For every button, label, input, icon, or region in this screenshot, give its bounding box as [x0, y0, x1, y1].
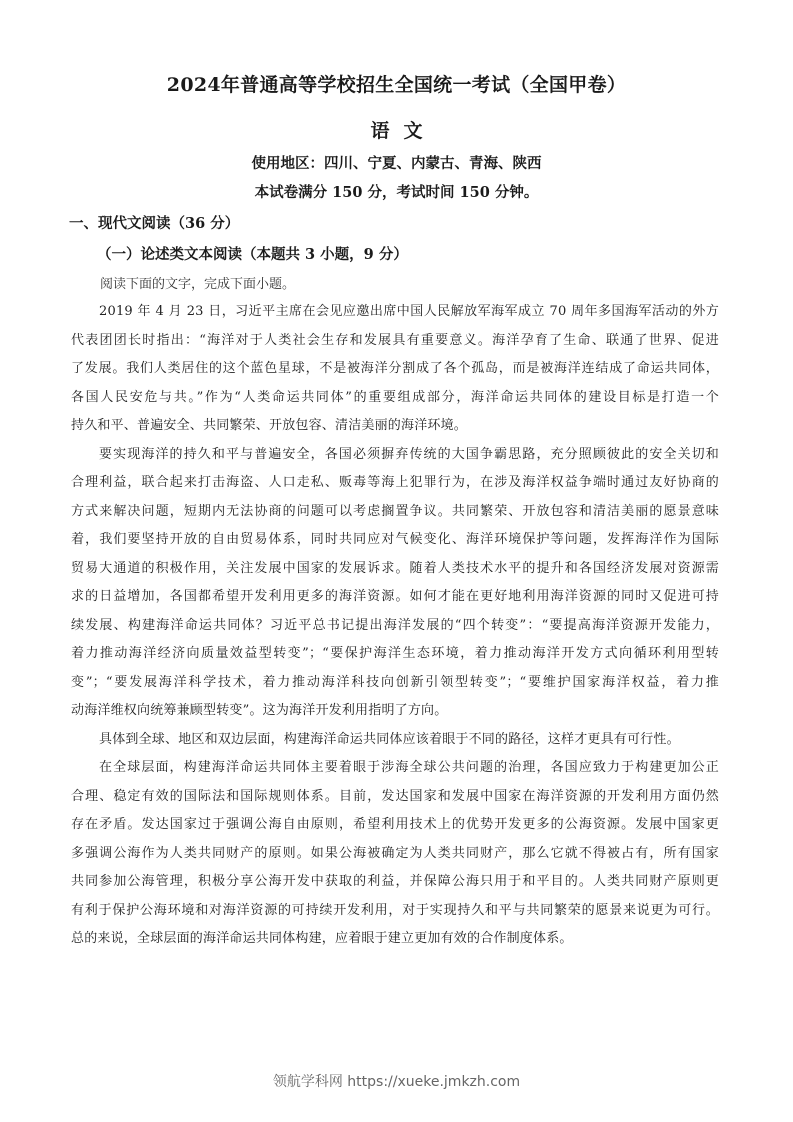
passage-line: 着力推动海洋经济向质量效益型转变”；“要保护海洋生态环境，着力推动海洋开发方式向…: [71, 646, 719, 662]
passage-line: 着，我们要坚持开放的自由贸易体系，同时共同应对气候变化、海洋环境保护等问题，发挥…: [71, 532, 719, 548]
section-heading: 一、现代文阅读（36 分）: [69, 212, 239, 233]
passage-line: 存在矛盾。发达国家过于强调公海自由原则，希望利用技术上的优势开发更多的公海资源。…: [71, 817, 719, 833]
passage-line: 方式来解决问题，短期内无法协商的问题可以考虑搁置争议。共同繁荣、开放包容和清洁美…: [71, 504, 719, 520]
exam-page: 2024年普通高等学校招生全国统一考试（全国甲卷） 语文 使用地区：四川、宁夏、…: [0, 0, 793, 1122]
passage-line: 总的来说，全球层面的海洋命运共同体构建，应着眼于建立更加有效的合作制度体系。: [71, 931, 719, 947]
passage-line: 合理利益，联合起来打击海盗、人口走私、贩毒等海上犯罪行为，在涉及海洋权益争端时通…: [71, 475, 719, 491]
passage-line: 共同参加公海管理，积极分享公海开发中获取的利益，并保障公海只用于和平目的。人类共…: [71, 874, 719, 890]
passage-line: 贸易大通道的积极作用，关注发展中国家的发展诉求。随着人类技术水平的提升和各国经济…: [71, 561, 719, 577]
passage-line: 了发展。我们人类居住的这个蓝色星球，不是被海洋分割成了各个孤岛，而是被海洋连结成…: [71, 361, 719, 377]
passage-line: 变”；“要发展海洋科学技术，着力推动海洋科技向创新引领型转变”；“要维护国家海洋…: [71, 675, 719, 691]
passage-line: 求的日益增加，各国都希望开发利用更多的海洋资源。如何才能在更好地利用海洋资源的同…: [71, 589, 719, 605]
passage-line: 续发展、构建海洋命运共同体？习近平总书记提出海洋发展的“四个转变”：“要提高海洋…: [71, 618, 719, 634]
passage-line: 代表团团长时指出：“海洋对于人类社会生存和发展具有重要意义。海洋孕育了生命、联通…: [71, 333, 719, 349]
passage-line: 2019 年 4 月 23 日，习近平主席在会见应邀出席中国人民解放军海军成立 …: [71, 304, 719, 320]
usage-region: 使用地区：四川、宁夏、内蒙古、青海、陕西: [0, 152, 793, 173]
passage-line: 合理、稳定有效的国际法和国际规则体系。目前，发达国家和发展中国家在海洋资源的开发…: [71, 789, 719, 805]
score-info: 本试卷满分 150 分，考试时间 150 分钟。: [0, 181, 793, 202]
passage-line: 有利于保护公海环境和对海洋资源的可持续开发利用，对于实现持久和平与共同繁荣的愿景…: [71, 903, 719, 919]
passage-line: 动海洋维权向统筹兼顾型转变”。这为海洋开发利用指明了方向。: [71, 703, 719, 719]
passage-line: 要实现海洋的持久和平与普遍安全，各国必须摒弃传统的大国争霸思路，充分照顾彼此的安…: [71, 447, 719, 463]
footer-watermark: 领航学科网 https://xueke.jmkzh.com: [0, 1071, 793, 1091]
passage-line: 具体到全球、地区和双边层面，构建海洋命运共同体应该着眼于不同的路径，这样才更具有…: [71, 732, 719, 748]
subsection-heading: （一）论述类文本阅读（本题共 3 小题，9 分）: [97, 243, 408, 264]
passage: 2019 年 4 月 23 日，习近平主席在会见应邀出席中国人民解放军海军成立 …: [71, 304, 719, 960]
exam-title: 2024年普通高等学校招生全国统一考试（全国甲卷）: [0, 70, 793, 97]
passage-line: 多强调公海作为人类共同财产的原则。如果公海被确定为人类共同财产，那么它就不得被占…: [71, 846, 719, 862]
passage-line: 持久和平、普遍安全、共同繁荣、开放包容、清洁美丽的海洋环境。: [71, 418, 719, 434]
reading-instruction: 阅读下面的文字，完成下面小题。: [100, 273, 295, 292]
passage-line: 在全球层面，构建海洋命运共同体主要着眼于涉海全球公共问题的治理，各国应致力于构建…: [71, 760, 719, 776]
passage-line: 各国人民安危与共。”作为“人类命运共同体”的重要组成部分，海洋命运共同体的建设目…: [71, 390, 719, 406]
subject-title: 语文: [0, 116, 793, 143]
